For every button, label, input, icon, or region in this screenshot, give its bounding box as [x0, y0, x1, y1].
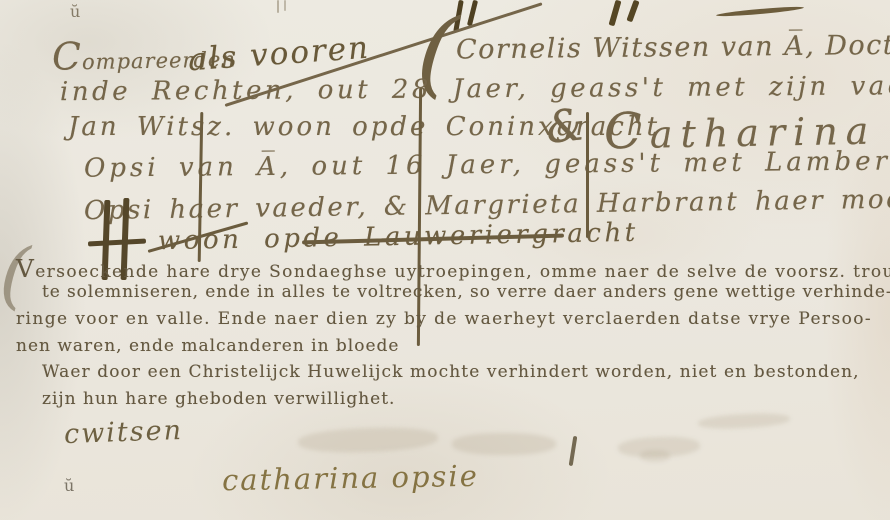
margin-mark-top: ŭ [70, 2, 80, 21]
ink-bleedthrough [452, 433, 556, 455]
signature-groom: cwitsen [63, 415, 183, 450]
formula-line: Versoeckende hare drye Sondaeghse uytroe… [16, 257, 890, 282]
ink-bleedthrough-stroke [569, 436, 578, 466]
ink-remnant-stroke [277, 0, 279, 13]
ink-bleedthrough [640, 450, 670, 462]
entry-groom-name-line: Cornelis Witssen van A̅, Doctor [456, 32, 890, 65]
ink-remnant-stroke [716, 5, 804, 18]
ink-remnant-stroke [284, 0, 286, 11]
formula-line: zijn hun hare gheboden verwillighet. [42, 391, 395, 408]
ink-bleedthrough [298, 426, 439, 455]
ampersand-flourish: & [544, 102, 588, 152]
ink-remnant-stroke [609, 0, 622, 26]
entry-line-occupation-age: inde Rechten, out 28 Jaer, geass't met z… [60, 73, 890, 107]
manuscript-page: ŭ Compareerden als vooren ( Cornelis Wit… [0, 0, 890, 520]
formula-line: Waer door een Christelijck Huwelijck moc… [42, 364, 860, 381]
entry-line-bride-age: Opsi van A̅, out 16 Jaer, geass't met La… [84, 148, 890, 182]
signature-bride: catharina opsie [222, 459, 479, 497]
margin-mark-bottom: ŭ [64, 476, 74, 495]
ink-remnant-stroke [626, 0, 639, 22]
ink-bleedthrough [698, 412, 791, 431]
formula-line: ringe voor en valle. Ende naer dien zy b… [16, 311, 872, 328]
formula-line: nen waren, ende malcanderen in bloede [16, 338, 399, 355]
formula-line: te solemniseren, ende in alles te voltre… [42, 284, 890, 301]
paraph-stroke [88, 238, 146, 246]
